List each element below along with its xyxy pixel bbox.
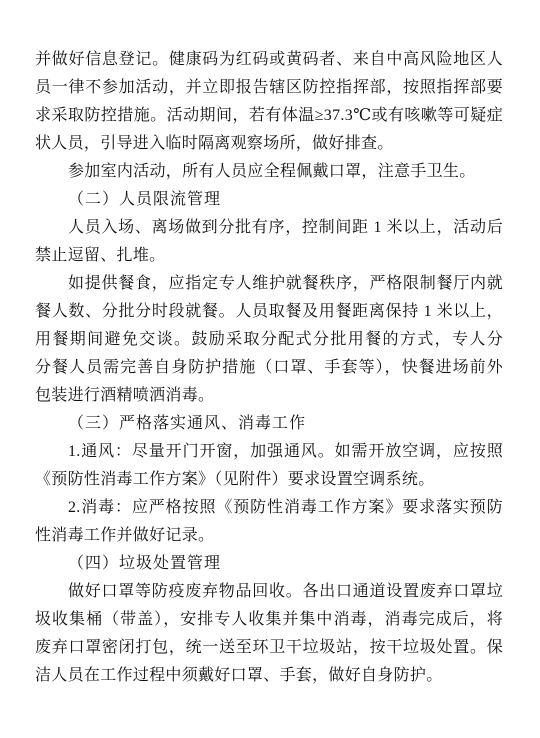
text-line: 并做好信息登记。健康码为红码或黄码者、来自中高风险地区人 xyxy=(35,46,503,74)
text-line: 2.消毒：应严格按照《预防性消毒工作方案》要求落实预防 xyxy=(35,494,503,522)
document-page: 并做好信息登记。健康码为红码或黄码者、来自中高风险地区人员一律不参加活动，并立即… xyxy=(0,0,540,738)
document-body: 并做好信息登记。健康码为红码或黄码者、来自中高风险地区人员一律不参加活动，并立即… xyxy=(35,46,503,690)
text-line: 包装进行酒精喷洒消毒。 xyxy=(35,382,503,410)
text-line: 《预防性消毒工作方案》（见附件）要求设置空调系统。 xyxy=(35,466,503,494)
section-heading: （三）严格落实通风、消毒工作 xyxy=(35,410,503,438)
text-line: 求采取防控措施。活动期间，若有体温≥37.3℃或有咳嗽等可疑症 xyxy=(35,102,503,130)
text-line: 状人员，引导进入临时隔离观察场所，做好排查。 xyxy=(35,130,503,158)
text-line: 禁止逗留、扎堆。 xyxy=(35,242,503,270)
text-line: 废弃口罩密闭打包，统一送至环卫干垃圾站，按干垃圾处置。保 xyxy=(35,634,503,662)
text-line: 做好口罩等防疫废弃物品回收。各出口通道设置废弃口罩垃 xyxy=(35,578,503,606)
text-line: 洁人员在工作过程中须戴好口罩、手套，做好自身防护。 xyxy=(35,662,503,690)
text-line: 参加室内活动，所有人员应全程佩戴口罩，注意手卫生。 xyxy=(35,158,503,186)
text-line: 员一律不参加活动，并立即报告辖区防控指挥部，按照指挥部要 xyxy=(35,74,503,102)
text-line: 1.通风：尽量开门开窗，加强通风。如需开放空调，应按照 xyxy=(35,438,503,466)
text-line: 性消毒工作并做好记录。 xyxy=(35,522,503,550)
text-line: 如提供餐食，应指定专人维护就餐秩序，严格限制餐厅内就 xyxy=(35,270,503,298)
section-heading: （二）人员限流管理 xyxy=(35,186,503,214)
text-line: 圾收集桶（带盖），安排专人收集并集中消毒，消毒完成后，将 xyxy=(35,606,503,634)
text-line: 餐人数、分批分时段就餐。人员取餐及用餐距离保持 1 米以上， xyxy=(35,298,503,326)
text-line: 人员入场、离场做到分批有序，控制间距 1 米以上，活动后 xyxy=(35,214,503,242)
text-line: 用餐期间避免交谈。鼓励采取分配式分批用餐的方式，专人分发， xyxy=(35,326,503,354)
text-line: 分餐人员需完善自身防护措施（口罩、手套等），快餐进场前外 xyxy=(35,354,503,382)
section-heading: （四）垃圾处置管理 xyxy=(35,550,503,578)
